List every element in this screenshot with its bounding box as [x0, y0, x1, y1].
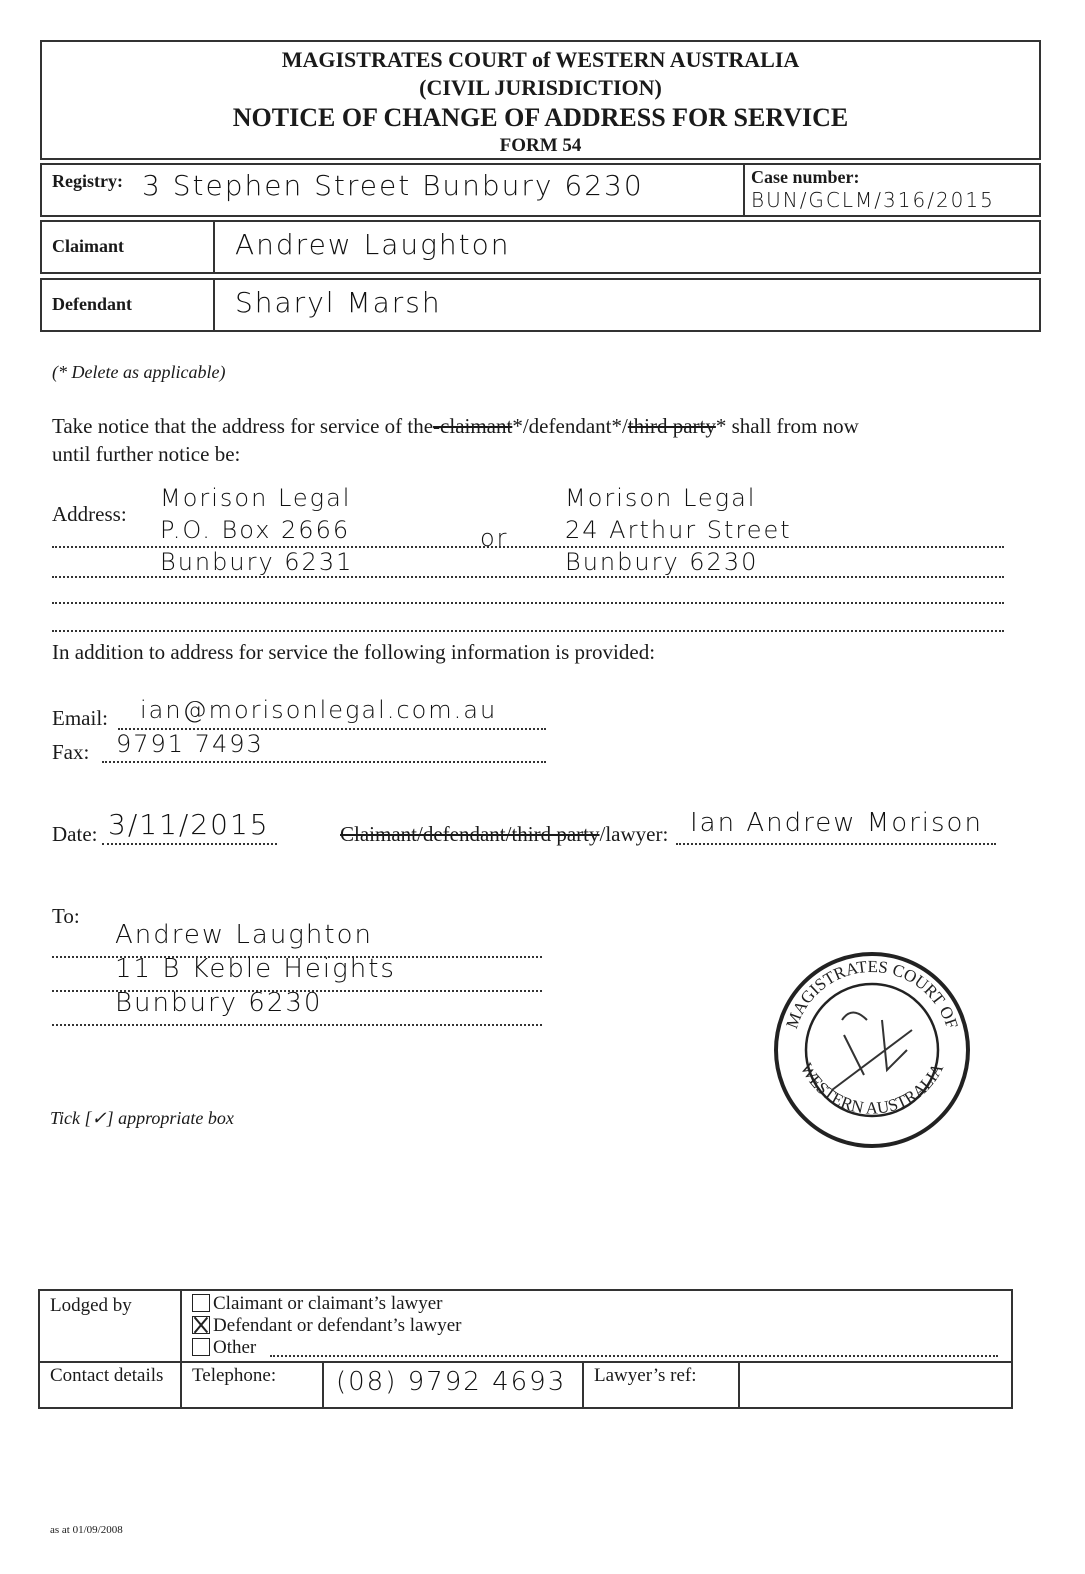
lawyer-field[interactable]: Ian Andrew Morison [690, 808, 983, 838]
checkbox-defendant[interactable] [192, 1316, 210, 1334]
to-line-3 [52, 1024, 542, 1026]
footer-version: as at 01/09/2008 [50, 1524, 123, 1536]
notice-post: * shall from now [716, 414, 859, 438]
svg-text:MAGISTRATES COURT OF: MAGISTRATES COURT OF [782, 957, 961, 1031]
form-number: FORM 54 [42, 134, 1039, 158]
additional-info: In addition to address for service the f… [52, 640, 655, 665]
signatory: Claimant/defendant/third party/lawyer: [340, 822, 668, 847]
svg-text:WESTERN AUSTRALIA: WESTERN AUSTRALIA [797, 1059, 948, 1117]
contact-label: Contact details [40, 1363, 182, 1409]
fax-label: Fax: [52, 740, 89, 765]
court-seal-icon: MAGISTRATES COURT OF WESTERN AUSTRALIA [772, 950, 972, 1150]
fax-field[interactable]: 9791 7493 [116, 730, 264, 758]
registry-label: Registry: [42, 165, 142, 215]
defendant-label: Defendant [42, 280, 215, 330]
lawyer-ref-label: Lawyer’s ref: [584, 1363, 740, 1409]
defendant-field[interactable]: Sharyl Marsh [215, 280, 1039, 330]
notice-pre: Take notice that the address for service… [52, 414, 433, 438]
delete-note: (* Delete as applicable) [52, 362, 225, 383]
checkbox-claimant[interactable] [192, 1294, 210, 1312]
telephone-field[interactable]: (08) 9792 4693 [324, 1363, 584, 1409]
to-label: To: [52, 904, 80, 929]
date-dots [102, 843, 277, 845]
lodged-options: Claimant or claimant’s lawyer Defendant … [192, 1293, 461, 1359]
lawyer-ref-field[interactable] [740, 1363, 1010, 1409]
checkbox-other[interactable] [192, 1338, 210, 1356]
address-left[interactable]: Morison LegalP.O. Box 2666Bunbury 6231 [160, 482, 353, 578]
claimant-label: Claimant [42, 222, 215, 272]
contact-row: Contact details Telephone: (08) 9792 469… [40, 1361, 1011, 1409]
address-line-4 [52, 630, 1004, 632]
registry-field[interactable]: 3 Stephen Street Bunbury 6230 [142, 165, 743, 215]
option-defendant[interactable]: Defendant or defendant’s lawyer [192, 1315, 461, 1337]
case-number-label: Case number: [751, 167, 1033, 188]
lodged-table: Lodged by Claimant or claimant’s lawyer … [38, 1289, 1013, 1409]
address-line-3 [52, 602, 1004, 604]
other-dots [270, 1355, 998, 1357]
telephone-label: Telephone: [182, 1363, 324, 1409]
court-name: MAGISTRATES COURT of WESTERN AUSTRALIA [42, 46, 1039, 74]
lawyer-dots [676, 843, 996, 845]
case-number-field[interactable]: BUN/GCLM/316/2015 [751, 188, 1033, 212]
form-header: MAGISTRATES COURT of WESTERN AUSTRALIA (… [40, 40, 1041, 160]
form-title: NOTICE OF CHANGE OF ADDRESS FOR SERVICE [42, 102, 1039, 134]
address-right[interactable]: Morison Legal24 Arthur StreetBunbury 623… [565, 482, 792, 578]
signatory-label: /lawyer: [600, 822, 669, 846]
date-field[interactable]: 3/11/2015 [108, 808, 270, 841]
email-label: Email: [52, 706, 108, 731]
signatory-struck: Claimant/defendant/third party [340, 822, 600, 846]
email-field[interactable]: ian@morisonlegal.com.au [140, 696, 497, 724]
address-or: or [480, 524, 509, 552]
notice-line2: until further notice be: [52, 442, 240, 466]
registry-row: Registry: 3 Stephen Street Bunbury 6230 … [40, 163, 1041, 217]
to-address[interactable]: Andrew Laughton11 B Keble HeightsBunbury… [115, 918, 396, 1020]
struck-third-party: third party [628, 414, 716, 438]
case-number-cell: Case number: BUN/GCLM/316/2015 [743, 165, 1039, 215]
claimant-row: Claimant Andrew Laughton [40, 220, 1041, 274]
fax-dots [102, 761, 546, 763]
claimant-field[interactable]: Andrew Laughton [215, 222, 1039, 272]
jurisdiction: (CIVIL JURISDICTION) [42, 74, 1039, 102]
struck-claimant: -claimant [433, 414, 512, 438]
tick-note: Tick [✓] appropriate box [50, 1108, 234, 1129]
lodged-label: Lodged by [40, 1291, 182, 1361]
notice-mid: */defendant*/ [512, 414, 627, 438]
option-claimant[interactable]: Claimant or claimant’s lawyer [192, 1293, 461, 1315]
date-label: Date: [52, 822, 97, 847]
address-label: Address: [52, 502, 127, 527]
notice-text: Take notice that the address for service… [52, 412, 1012, 468]
defendant-row: Defendant Sharyl Marsh [40, 278, 1041, 332]
